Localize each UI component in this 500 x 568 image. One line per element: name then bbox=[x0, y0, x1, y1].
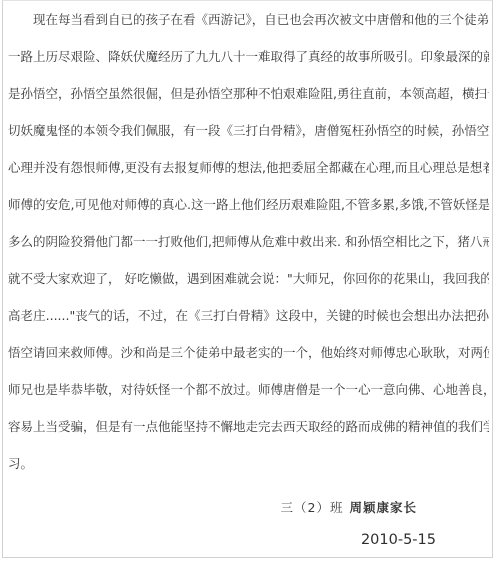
paragraph-line-8: 就不受大家欢迎了， 好吃懒做，遇到困难就会说："大师兄，你回你的花果山，我回我的 bbox=[8, 260, 489, 297]
paragraph-line-3: 是孙悟空，孙悟空虽然很倔，但是孙悟空那种不怕艰难险阻,勇往直前，本领高超，横扫一 bbox=[8, 75, 489, 112]
date-line: 2010-5-15 bbox=[8, 530, 489, 550]
date-text: 2010-5-15 bbox=[361, 532, 436, 548]
paragraph-line-7: 多么的阴险狡猾他门都一一打败他们,把师傅从危难中救出来. 和孙悟空相比之下，猪八… bbox=[8, 223, 489, 260]
document-page: 现在每当看到自已的孩子在看《西游记》，自已也会再次被文中唐僧和他的三个徒弟一路上… bbox=[2, 0, 493, 558]
paragraph-line-13: 习。 bbox=[8, 445, 489, 482]
paragraph-line-10: 悟空请回来救师傅。沙和尚是三个徒弟中最老实的一个，他始终对师傅忠心耿耿，对两位 bbox=[8, 334, 489, 371]
signature-line: 三（2）班周颖康家长 bbox=[8, 498, 489, 518]
paragraph-line-9: 高老庄......"丧气的话，不过，在《三打白骨精》这段中，关键的时候也会想出办… bbox=[8, 297, 489, 334]
paragraph-line-1: 现在每当看到自已的孩子在看《西游记》，自已也会再次被文中唐僧和他的三个徒弟 bbox=[8, 1, 489, 38]
paragraph-line-6: 师傅的安危,可见他对师傅的真心.这一路上他们经历艰难险阻,不管多累,多饿,不管妖… bbox=[8, 186, 489, 223]
paragraph-line-5: 心理并没有怨恨师傅,更没有去报复师傅的想法,他把委屈全都藏在心理,而且心理总是想… bbox=[8, 149, 489, 186]
paragraph-line-2: 一路上历尽艰险、降妖伏魔经历了九九八十一难取得了真经的故事所吸引。印象最深的就 bbox=[8, 38, 489, 75]
paragraph-line-4: 切妖魔鬼怪的本领令我们佩服，有一段《三打白骨精》，唐僧冤枉孙悟空的时候，孙悟空 bbox=[8, 112, 489, 149]
paragraph-line-12: 容易上当受骗，但是有一点他能坚持不懈地走完去西天取经的路而成佛的精神值的我们学 bbox=[8, 408, 489, 445]
essay-paragraph: 现在每当看到自已的孩子在看《西游记》，自已也会再次被文中唐僧和他的三个徒弟一路上… bbox=[8, 1, 489, 482]
parent-name: 周颖康家长 bbox=[349, 500, 417, 515]
paragraph-line-11: 师兄也是毕恭毕敬，对待妖怪一个都不放过。师傅唐僧是一个一心一意向佛、心地善良， bbox=[8, 371, 489, 408]
class-label: 三（2）班 bbox=[281, 500, 344, 515]
